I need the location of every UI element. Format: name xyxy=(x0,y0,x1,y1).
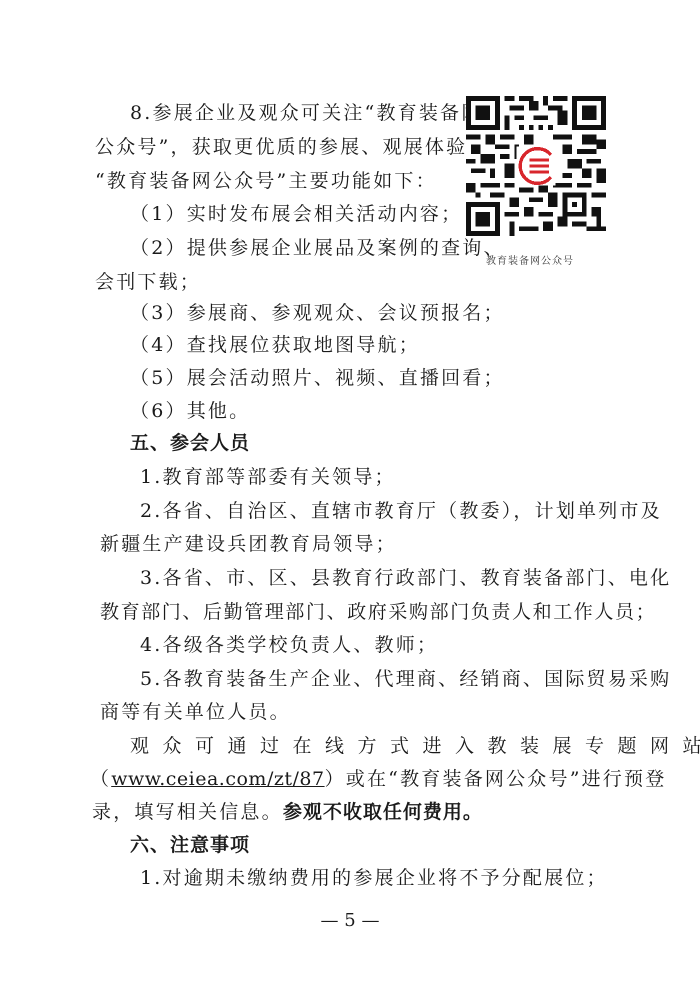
section6-heading: 六、注意事项 xyxy=(130,833,250,857)
function-item-6: （6）其他。 xyxy=(130,399,250,423)
registration-line3: 录，填写相关信息。参观不收取任何费用。 xyxy=(92,800,483,824)
registration-info-text: 录，填写相关信息。 xyxy=(92,801,283,823)
function-item-2: （2）提供参展企业展品及案例的查询、 xyxy=(130,236,505,260)
function-item-4: （4）查找展位获取地图导航； xyxy=(130,333,420,357)
function-item-5: （5）展会活动照片、视频、直播回看； xyxy=(130,366,505,390)
registration-line2-rest: ）或在“教育装备网公众号”进行预登 xyxy=(325,768,667,790)
attendee-item-2: 2.各省、自治区、直辖市教育厅（教委），计划单列市及 xyxy=(140,499,662,523)
function-item-2-cont: 会刊下载； xyxy=(95,270,201,294)
section5-heading: 五、参会人员 xyxy=(130,431,250,455)
qr-code xyxy=(466,96,606,236)
paren-open: （ xyxy=(90,768,111,790)
attendee-item-2-cont: 新疆生产建设兵团教育局领导； xyxy=(100,532,397,556)
attendee-item-1: 1.教育部等部委有关领导； xyxy=(140,465,396,489)
item8-line2: 公众号”，获取更优质的参展、观展体验。 xyxy=(95,135,489,159)
item8-line1: 8.参展企业及观众可关注“教育装备网 xyxy=(130,101,482,125)
function-item-1: （1）实时发布展会相关活动内容； xyxy=(130,202,462,226)
notice-item-1: 1.对逾期未缴纳费用的参展企业将不予分配展位； xyxy=(140,866,608,890)
function-item-3: （3）参展商、参观观众、会议预报名； xyxy=(130,301,505,325)
attendee-item-5: 5.各教育装备生产企业、代理商、经销商、国际贸易采购 xyxy=(140,667,671,691)
registration-line1: 观众可通过在线方式进入教装展专题网站 xyxy=(130,734,700,758)
qr-code-caption: 教育装备网公众号 xyxy=(486,252,574,267)
qr-code-icon xyxy=(466,96,606,236)
website-link[interactable]: www.ceiea.com/zt/87 xyxy=(111,768,324,790)
attendee-item-3: 3.各省、市、区、县教育行政部门、教育装备部门、电化 xyxy=(140,566,671,590)
registration-line2: （www.ceiea.com/zt/87）或在“教育装备网公众号”进行预登 xyxy=(90,767,666,791)
attendee-item-3-cont: 教育部门、后勤管理部门、政府采购部门负责人和工作人员； xyxy=(100,600,656,624)
free-admission-notice: 参观不收取任何费用。 xyxy=(283,801,483,823)
item8-line3: “教育装备网公众号”主要功能如下： xyxy=(95,169,437,193)
page-number: — 5 — xyxy=(0,910,700,931)
attendee-item-5-cont: 商等有关单位人员。 xyxy=(100,700,291,724)
attendee-item-4: 4.各级各类学校负责人、教师； xyxy=(140,633,438,657)
